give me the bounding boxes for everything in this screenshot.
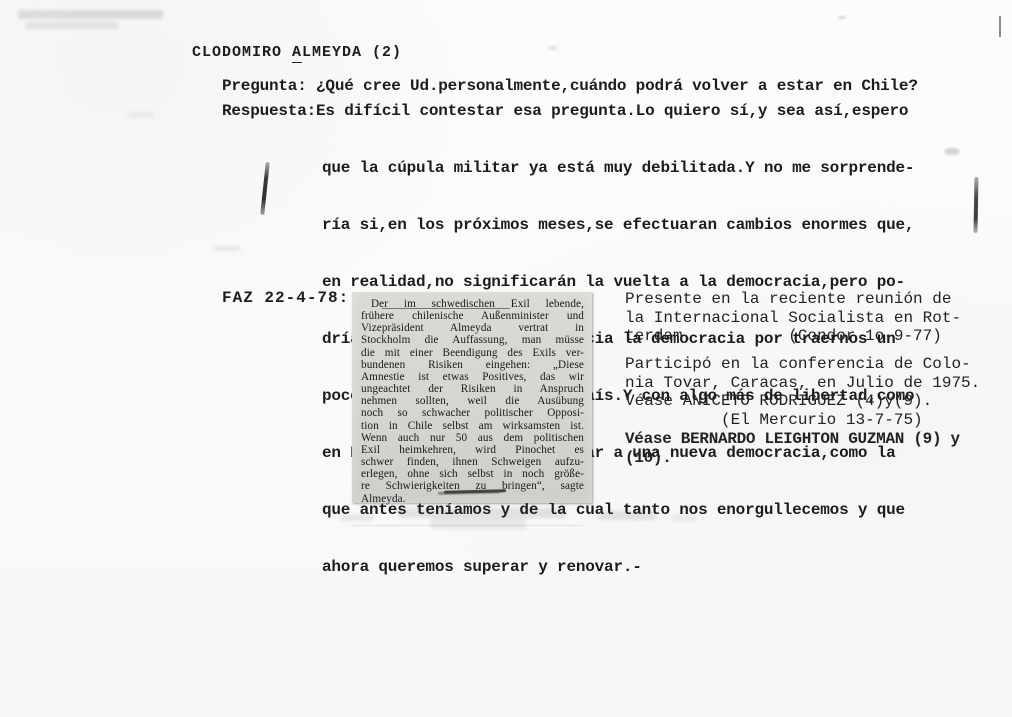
clipping-line: ungeachtet der Risiken in Anspruch [361, 383, 584, 395]
note-line: Véase BERNARDO LEIGHTON GUZMAN (9) y [625, 430, 960, 449]
bleedthrough-smudge [672, 515, 696, 521]
clipping-line: Stockholm die Auffassung, man müsse [361, 334, 584, 346]
note-line: Véase ANICETO RODRIGUEZ (4)y(9). [625, 392, 980, 411]
page-title: CLODOMIRO ALMEYDA (2) [192, 44, 402, 61]
scan-speck [944, 148, 960, 155]
answer-line: que la cúpula militar ya está muy debili… [322, 159, 914, 178]
clipping-line: nehmen sollten, weil die Ausübung [361, 395, 584, 407]
clipping-line: bundenen Risiken eingehen: „Diese [361, 359, 584, 371]
clipping-line: tion in Chile selbst am wirksamsten ist. [361, 420, 584, 432]
question-text: ¿Qué cree Ud.personalmente,cuándo podrá … [316, 77, 918, 95]
scan-artifact-tick [999, 16, 1001, 37]
title-part3: LMEYDA (2) [302, 44, 402, 61]
note-line: la Internacional Socialista en Rot- [625, 309, 961, 328]
clipping-line: die mit einer Beendigung des Exils ver- [361, 347, 584, 359]
scan-speck [838, 16, 846, 19]
bleedthrough-smudge [26, 22, 118, 29]
clipping-line: Wenn auch nur 50 aus dem politischen [361, 432, 584, 444]
note-line: (El Mercurio 13-7-75) [625, 411, 980, 430]
clipping-line: Exil heimkehren, wird Pinochet es [361, 444, 584, 456]
answer-label: Respuesta: [222, 102, 316, 120]
note-line: Presente en la reciente reunión de [625, 290, 961, 309]
clipping-line: Almeyda. [361, 493, 584, 505]
bleedthrough-smudge [398, 508, 566, 518]
faz-source-label: FAZ 22-4-78: [222, 289, 349, 307]
note-line: nia Tovar, Caracas, en Julio de 1975. [625, 374, 980, 393]
note-line: terdam. (Condor 1o-9-77) [625, 327, 961, 346]
bleedthrough-smudge [18, 10, 163, 19]
answer-line: ría si,en los próximos meses,se efectuar… [322, 216, 914, 235]
scanned-document-page: CLODOMIRO ALMEYDA (2) Pregunta: ¿Qué cre… [0, 0, 1012, 717]
bleedthrough-smudge [340, 514, 374, 521]
question-label: Pregunta: [222, 77, 316, 95]
scan-speck [548, 46, 558, 50]
pen-underline-mark [382, 308, 510, 309]
scan-speck [212, 246, 242, 251]
note-paragraph-rotterdam: Presente en la reciente reunión de la In… [625, 290, 961, 346]
title-part1: CLODOMIRO [192, 44, 292, 61]
clipping-line: Amnestie ist etwas Positives, das wir [361, 371, 584, 383]
bleedthrough-dotted-line [352, 524, 582, 526]
clipping-line: Vizepräsident Almeyda vertrat in [361, 322, 584, 334]
answer-first-line: Respuesta:Es difícil contestar esa pregu… [222, 102, 908, 120]
clipping-line: schwer finden, ihnen Schweigen aufzu- [361, 456, 584, 468]
news-clipping: Der im schwedischen Exil lebende, früher… [352, 292, 592, 503]
answer-line: ahora queremos superar y renovar.- [322, 558, 914, 577]
note-line: (10). [625, 449, 960, 468]
note-paragraph-cross-reference: Véase BERNARDO LEIGHTON GUZMAN (9) y (10… [625, 430, 960, 468]
question-line: Pregunta: ¿Qué cree Ud.personalmente,cuá… [222, 77, 918, 95]
note-paragraph-caracas: Participó en la conferencia de Colo- nia… [625, 355, 980, 429]
bleedthrough-smudge [128, 112, 154, 118]
note-line: Participó en la conferencia de Colo- [625, 355, 980, 374]
title-underlined-letter: A [292, 44, 302, 63]
clipping-line: noch so schwacher politischer Opposi- [361, 407, 584, 419]
bleedthrough-smudge [598, 511, 656, 520]
pen-stroke-mark [260, 162, 269, 215]
pen-bar-mark [974, 177, 979, 233]
clipping-line: frühere chilenische Außenminister und [361, 310, 584, 322]
answer-line: Es difícil contestar esa pregunta.Lo qui… [316, 102, 908, 120]
clipping-line: erlegen, ohne sich selbst in noch größe- [361, 468, 584, 480]
